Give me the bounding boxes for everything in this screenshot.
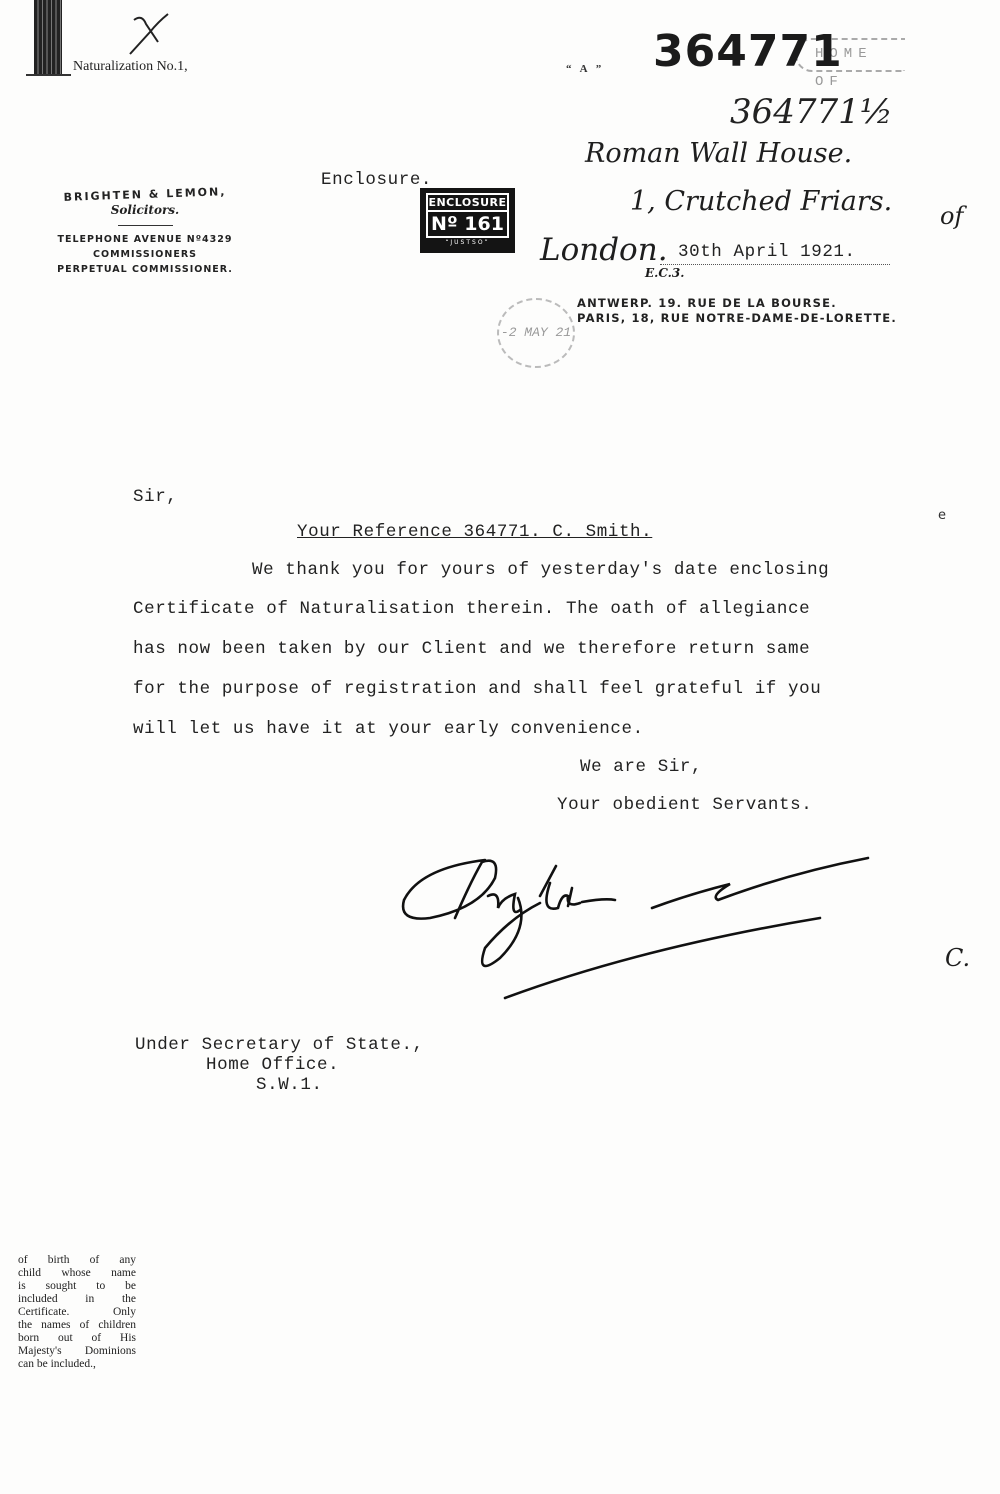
column-ornament-base	[26, 74, 71, 76]
enclosure-label: Enclosure.	[321, 170, 432, 190]
firm-perpetual-commissioner: PERPETUAL COMMISSIONER.	[55, 264, 235, 275]
body-line: will let us have it at your early conven…	[133, 719, 644, 739]
footnote-line: of birth of any	[18, 1254, 136, 1267]
branch-antwerp: ANTWERP. 19. RUE DE LA BOURSE.	[577, 296, 837, 310]
body-line: for the purpose of registration and shal…	[133, 679, 821, 699]
address-line-1: Roman Wall House.	[585, 138, 852, 169]
form-footnote: of birth of any child whose name is soug…	[18, 1254, 136, 1371]
body-line: Certificate of Naturalisation therein. T…	[133, 599, 810, 619]
series-mark: “ A ”	[566, 63, 604, 75]
enclosure-stamp-title: ENCLOSURE	[428, 195, 507, 212]
firm-letterhead: BRIGHTEN & LEMON, Solicitors. TELEPHONE …	[55, 188, 235, 275]
subject-line: Your Reference 364771. C. Smith.	[297, 522, 652, 542]
date-rule	[660, 264, 890, 265]
firm-name: BRIGHTEN & LEMON,	[55, 185, 235, 204]
margin-mark-c: C.	[945, 944, 970, 972]
footnote-line: child whose name	[18, 1267, 136, 1280]
addressee-line-2: Home Office.	[206, 1055, 339, 1075]
postal-district: E.C.3.	[645, 266, 684, 280]
letter-date: 30th April 1921.	[678, 242, 856, 262]
received-date-stamp: -2 MAY 21	[497, 298, 575, 368]
addressee-line-3: S.W.1.	[256, 1075, 323, 1095]
body-line: has now been taken by our Client and we …	[133, 639, 810, 659]
footnote-line: born out of His	[18, 1332, 136, 1345]
footnote-line: can be included.,	[18, 1358, 136, 1371]
signature: Brighten & Lemon (signature)	[390, 838, 900, 1008]
address-line-2: 1, Crutched Friars.	[630, 186, 892, 217]
address-city: London.	[540, 232, 668, 268]
firm-commissioners: COMMISSIONERS	[55, 249, 235, 260]
cross-mark-icon	[128, 10, 178, 55]
footnote-line: Majesty's Dominions	[18, 1345, 136, 1358]
firm-telephone: TELEPHONE AVENUE Nº4329	[55, 234, 235, 245]
closing-line-1: We are Sir,	[580, 757, 702, 777]
footnote-line: is sought to be	[18, 1280, 136, 1293]
enclosure-stamp: ENCLOSURE Nº 161 “JUSTSO”	[420, 188, 515, 253]
addressee-line-1: Under Secretary of State.,	[135, 1035, 424, 1055]
enclosure-stamp-footer: “JUSTSO”	[426, 239, 509, 246]
body-line: We thank you for yours of yesterday's da…	[252, 560, 829, 580]
margin-of: of	[940, 202, 963, 230]
reference-stamp-number: 364771	[653, 26, 843, 77]
enclosure-stamp-number: Nº 161	[428, 212, 507, 236]
footnote-line: included in the	[18, 1293, 136, 1306]
branch-paris: PARIS, 18, RUE NOTRE-DAME-DE-LORETTE.	[577, 311, 897, 325]
firm-divider	[118, 225, 173, 226]
form-label: Naturalization No.1,	[73, 59, 188, 75]
handwritten-reference: 364771½	[730, 92, 893, 132]
salutation: Sir,	[133, 487, 177, 507]
margin-mark-e: e	[938, 508, 946, 523]
footnote-line: the names of children	[18, 1319, 136, 1332]
column-ornament	[34, 0, 62, 76]
closing-line-2: Your obedient Servants.	[557, 795, 812, 815]
firm-subtitle: Solicitors.	[55, 203, 235, 217]
footnote-line: Certificate. Only	[18, 1306, 136, 1319]
